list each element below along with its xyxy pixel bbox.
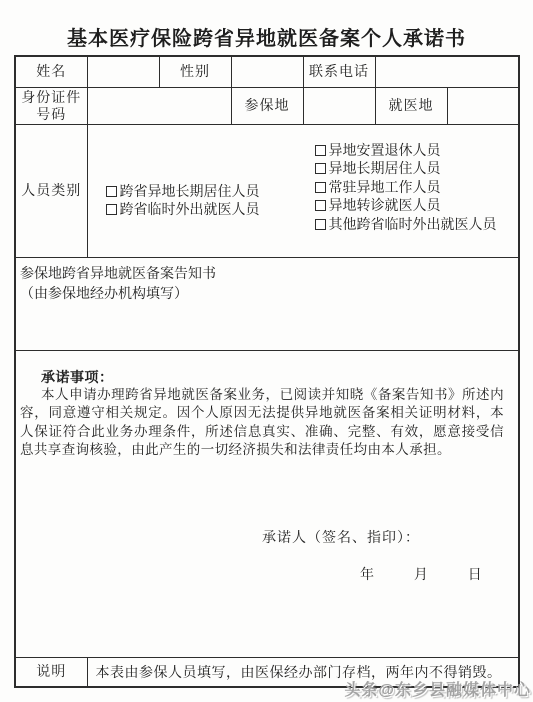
person-category-label: 人员类别 xyxy=(15,124,87,257)
commitment-body: 本人申请办理跨省异地就医备案业务，已阅读并知晓《备案告知书》所述内容，同意遵守相… xyxy=(20,386,504,460)
notice-title: 参保地跨省异地就医备案告知书 xyxy=(20,263,514,283)
phone-label: 联系电话 xyxy=(303,56,375,87)
name-field[interactable] xyxy=(87,56,159,87)
insured-place-label: 参保地 xyxy=(231,87,303,124)
checkbox-icon[interactable] xyxy=(315,182,326,193)
checkbox-icon[interactable] xyxy=(106,186,117,197)
category-options-left: 跨省异地长期居住人员 跨省临时外出就医人员 xyxy=(106,182,260,219)
option-other-temporary-outbound[interactable]: 其他跨省临时外出就医人员 xyxy=(315,215,497,234)
commitment-section-cell: 承诺事项： 本人申请办理跨省异地就医备案业务，已阅读并知晓《备案告知书》所述内容… xyxy=(15,350,519,657)
date-day-label: 日 xyxy=(468,564,482,584)
note-label: 说明 xyxy=(15,657,87,687)
table-row: 参保地跨省异地就医备案告知书 （由参保地经办机构填写） xyxy=(15,257,519,350)
document-page: 基本医疗保险跨省异地就医备案个人承诺书 姓名 性别 联系电话 身份证件号码 参保… xyxy=(0,0,533,702)
id-number-field[interactable] xyxy=(87,87,231,124)
notice-subtitle: （由参保地经办机构填写） xyxy=(20,283,514,303)
insured-place-field[interactable] xyxy=(303,87,375,124)
name-label: 姓名 xyxy=(15,56,87,87)
date-line: 年 月 日 xyxy=(360,564,482,584)
page-title: 基本医疗保险跨省异地就医备案个人承诺书 xyxy=(0,22,533,51)
table-row: 身份证件号码 参保地 就医地 xyxy=(15,87,519,124)
phone-field[interactable] xyxy=(375,56,519,87)
category-options-right: 异地安置退休人员 异地长期居住人员 常驻异地工作人员 异地转诊就医人员 其他跨省… xyxy=(315,141,497,234)
checkbox-icon[interactable] xyxy=(106,204,117,215)
option-label: 常驻异地工作人员 xyxy=(329,179,441,195)
option-relocated-retiree[interactable]: 异地安置退休人员 xyxy=(315,141,497,160)
table-row: 承诺事项： 本人申请办理跨省异地就医备案业务，已阅读并知晓《备案告知书》所述内容… xyxy=(15,350,519,657)
option-label: 异地长期居住人员 xyxy=(329,160,441,176)
option-stationed-worker[interactable]: 常驻异地工作人员 xyxy=(315,178,497,197)
signature-label: 承诺人（签名、指印）： xyxy=(262,527,420,547)
watermark: 头条@东乡县融媒体中心 xyxy=(344,677,531,700)
form-table: 姓名 性别 联系电话 身份证件号码 参保地 就医地 人员类别 跨省异地长期居住人… xyxy=(14,55,520,688)
option-referral-patient[interactable]: 异地转诊就医人员 xyxy=(315,196,497,215)
option-label: 跨省临时外出就医人员 xyxy=(120,201,260,217)
checkbox-icon[interactable] xyxy=(315,219,326,230)
option-label: 跨省异地长期居住人员 xyxy=(120,183,260,199)
date-year-label: 年 xyxy=(360,566,374,582)
gender-field[interactable] xyxy=(231,56,303,87)
option-label: 异地安置退休人员 xyxy=(329,142,441,158)
commitment-heading: 承诺事项： xyxy=(20,368,504,386)
option-long-term-resident[interactable]: 异地长期居住人员 xyxy=(315,159,497,178)
treatment-place-field[interactable] xyxy=(447,87,519,124)
notice-section-cell: 参保地跨省异地就医备案告知书 （由参保地经办机构填写） xyxy=(15,257,519,350)
checkbox-icon[interactable] xyxy=(315,145,326,156)
gender-label: 性别 xyxy=(159,56,231,87)
checkbox-icon[interactable] xyxy=(315,163,326,174)
checkbox-icon[interactable] xyxy=(315,200,326,211)
table-row: 姓名 性别 联系电话 xyxy=(15,56,519,87)
table-row: 人员类别 跨省异地长期居住人员 跨省临时外出就医人员 异地安置退休人员 异地长期… xyxy=(15,124,519,257)
treatment-place-label: 就医地 xyxy=(375,87,447,124)
option-label: 异地转诊就医人员 xyxy=(329,197,441,213)
person-category-cell: 跨省异地长期居住人员 跨省临时外出就医人员 异地安置退休人员 异地长期居住人员 … xyxy=(87,124,519,257)
option-cross-province-long-term-resident[interactable]: 跨省异地长期居住人员 xyxy=(106,182,260,201)
id-number-label: 身份证件号码 xyxy=(15,87,87,124)
option-cross-province-temporary-outbound[interactable]: 跨省临时外出就医人员 xyxy=(106,200,260,219)
option-label: 其他跨省临时外出就医人员 xyxy=(329,216,497,232)
date-month-label: 月 xyxy=(414,564,428,584)
